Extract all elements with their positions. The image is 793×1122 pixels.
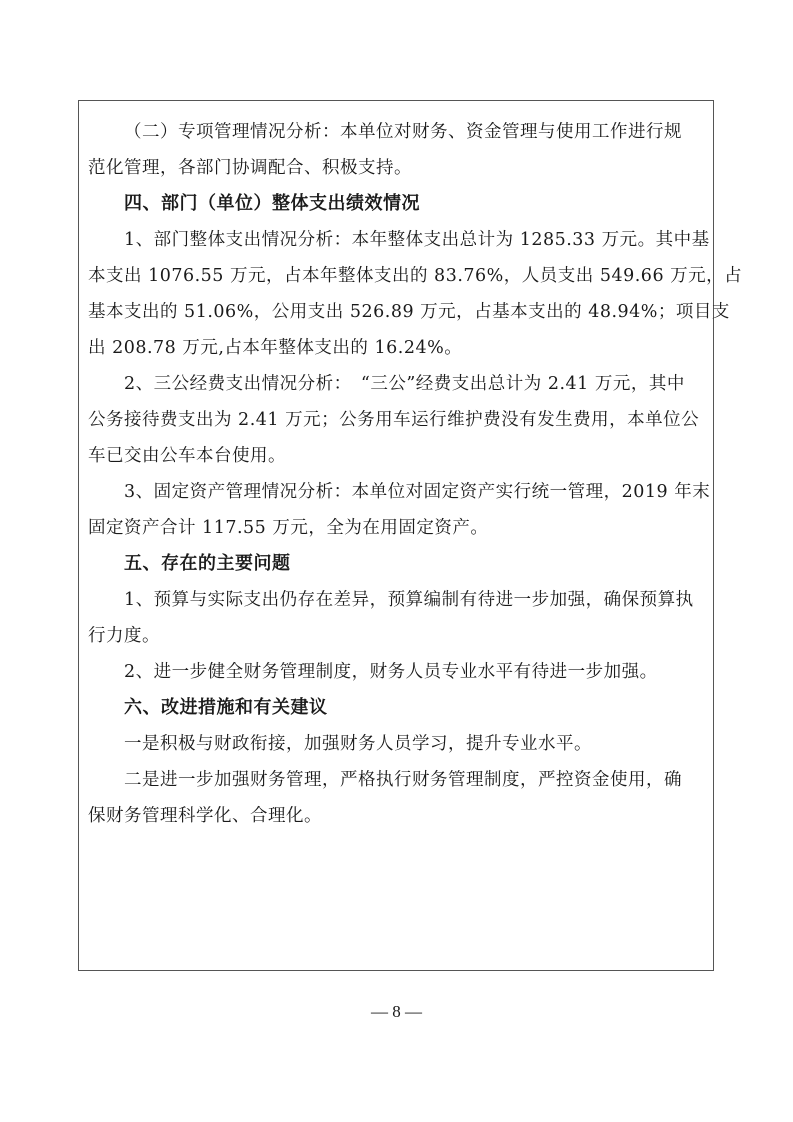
paragraph-suggestion-2-line-2: 保财务管理科学化、合理化。 (88, 798, 322, 834)
paragraph-special-management-line-1: （二）专项管理情况分析：本单位对财务、资金管理与使用工作进行规 (124, 114, 682, 150)
page-number: — 8 — (0, 1002, 793, 1022)
paragraph-problem-2: 2、进一步健全财务管理制度，财务人员专业水平有待进一步加强。 (124, 654, 658, 690)
paragraph-fixed-assets-line-2: 固定资产合计 117.55 万元，全为在用固定资产。 (88, 510, 488, 546)
paragraph-problem-1-line-2: 行力度。 (88, 618, 160, 654)
section-heading-6: 六、改进措施和有关建议 (124, 690, 328, 726)
paragraph-overall-expenditure-line-3: 基本支出的 51.06%，公用支出 526.89 万元，占基本支出的 48.94… (88, 294, 730, 330)
paragraph-fixed-assets-line-1: 3、固定资产管理情况分析：本单位对固定资产实行统一管理，2019 年末 (124, 474, 710, 510)
section-heading-5: 五、存在的主要问题 (124, 546, 291, 582)
paragraph-three-public-line-1: 2、三公经费支出情况分析： “三公”经费支出总计为 2.41 万元，其中 (124, 366, 685, 402)
paragraph-overall-expenditure-line-4: 出 208.78 万元,占本年整体支出的 16.24%。 (88, 330, 462, 366)
paragraph-problem-1-line-1: 1、预算与实际支出仍存在差异，预算编制有待进一步加强，确保预算执 (124, 582, 694, 618)
paragraph-overall-expenditure-line-2: 本支出 1076.55 万元，占本年整体支出的 83.76%，人员支出 549.… (88, 258, 742, 294)
paragraph-three-public-line-3: 车已交由公车本台使用。 (88, 438, 286, 474)
section-heading-4: 四、部门（单位）整体支出绩效情况 (124, 186, 420, 222)
paragraph-overall-expenditure-line-1: 1、部门整体支出情况分析：本年整体支出总计为 1285.33 万元。其中基 (124, 222, 710, 258)
paragraph-suggestion-1: 一是积极与财政衔接，加强财务人员学习，提升专业水平。 (124, 726, 592, 762)
paragraph-suggestion-2-line-1: 二是进一步加强财务管理，严格执行财务管理制度，严控资金使用，确 (124, 762, 682, 798)
paragraph-three-public-line-2: 公务接待费支出为 2.41 万元；公务用车运行维护费没有发生费用，本单位公 (88, 402, 699, 438)
paragraph-special-management-line-2: 范化管理，各部门协调配合、积极支持。 (88, 150, 412, 186)
